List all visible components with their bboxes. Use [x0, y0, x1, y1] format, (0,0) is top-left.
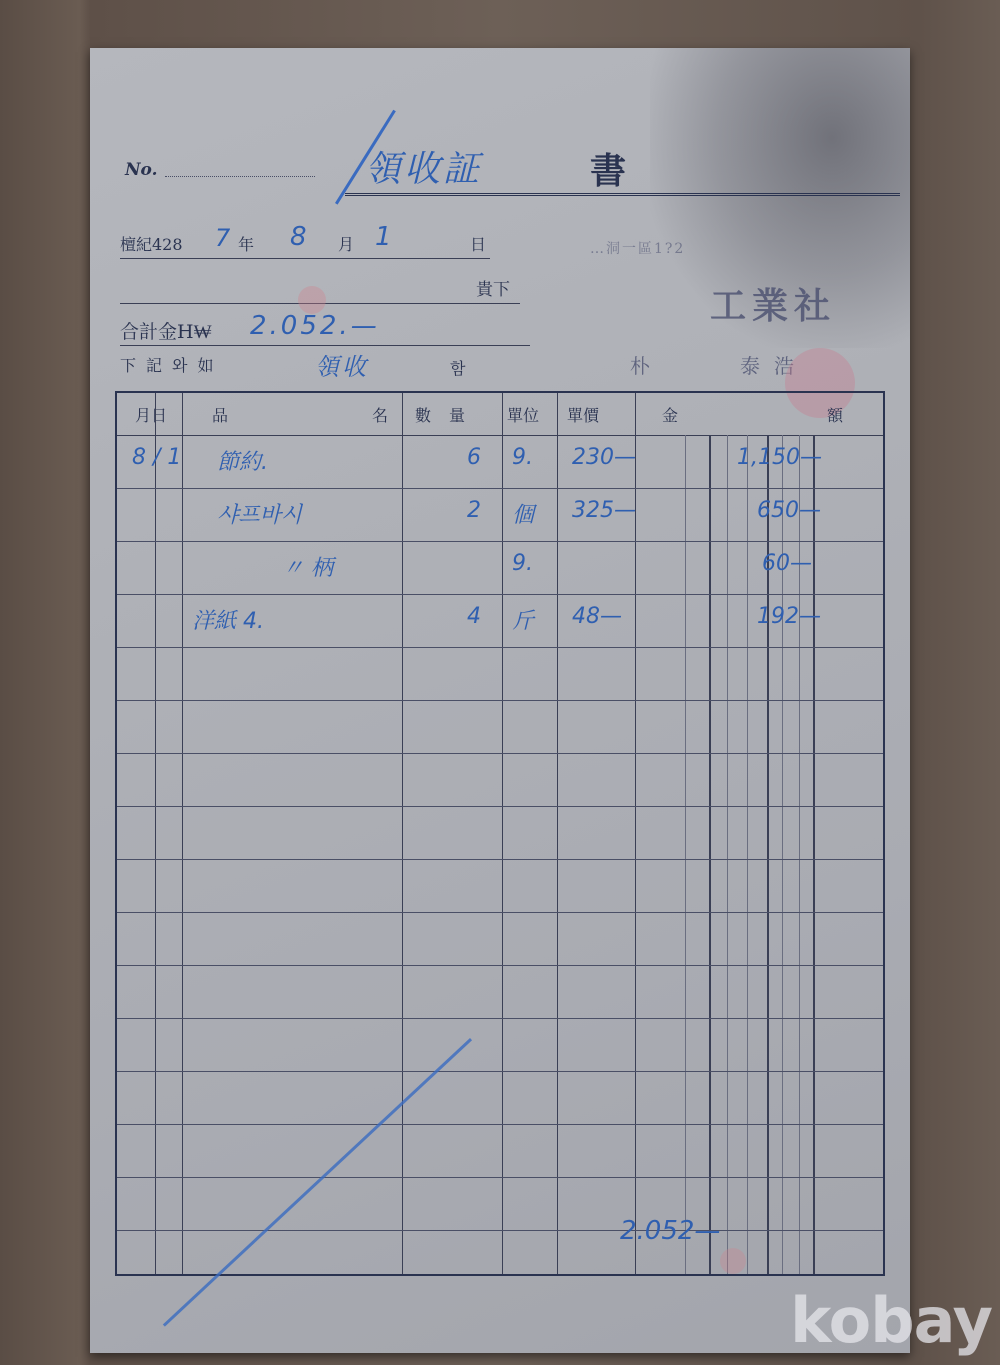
total-value: 2.052.— [250, 311, 380, 341]
col-divider [557, 393, 558, 1274]
row-4-quantity: 4 [467, 604, 481, 629]
document-title: 領收証 書 [335, 133, 655, 203]
col-divider [182, 393, 183, 1274]
row-1-amount: 1,150— [737, 445, 822, 470]
row-line [117, 1071, 883, 1072]
month-label: 月 [338, 232, 354, 255]
row-1-date: 8 / 1 [132, 445, 181, 470]
row-4-amount: 192— [757, 604, 821, 629]
row-line [117, 806, 883, 807]
row-line [117, 594, 883, 595]
col-divider [747, 435, 748, 1274]
row-2-unit-price: 325— [572, 498, 636, 523]
row-1-item: 節約. [217, 445, 268, 476]
row-2-amount: 650— [757, 498, 821, 523]
header-unit-price: 單價 [567, 403, 599, 426]
items-table: 月日 品 名 數量 單位 單價 金 額 [115, 391, 885, 1276]
col-divider [155, 393, 156, 1274]
row-3-item: 〃 柄 [282, 551, 333, 582]
col-divider [685, 435, 686, 1274]
row-line [117, 700, 883, 701]
red-seal-small [298, 286, 326, 314]
row-2-item: 샤프바시 [217, 498, 302, 529]
footer-total-handwritten: 2.052— [620, 1216, 720, 1246]
day-value: 1 [375, 222, 392, 252]
header-month-day: 月日 [135, 403, 167, 426]
header-name: 名 [372, 403, 388, 426]
col-divider [402, 393, 403, 1274]
row-line [117, 753, 883, 754]
row-3-amount: 60— [762, 551, 812, 576]
receipt-paper: No. 領收証 書 檀紀428 7 年 8 月 1 日 貴下 合計金H₩ 2.0… [90, 48, 910, 1353]
row-line [117, 541, 883, 542]
company-rep-surname: 朴 [630, 350, 690, 379]
col-divider [502, 393, 503, 1274]
receipt-prefix: 下記와如 [120, 356, 223, 375]
header-unit: 單位 [507, 403, 539, 426]
row-line [117, 647, 883, 648]
month-value: 8 [290, 222, 307, 252]
col-divider [709, 435, 711, 1274]
row-line [117, 859, 883, 860]
era-label: 檀紀428 [120, 232, 183, 255]
row-1-unit: 9. [512, 445, 533, 470]
row-line [117, 1124, 883, 1125]
header-item: 品 [212, 403, 228, 426]
year-value: 7 [215, 224, 230, 252]
total-label: 合計金H₩ [120, 317, 212, 344]
row-4-item: 洋紙 4. [192, 604, 264, 635]
receipt-suffix: 함 [450, 356, 465, 379]
row-2-unit: 個 [512, 498, 534, 529]
row-2-quantity: 2 [467, 498, 481, 523]
table-header: 月日 品 名 數量 單位 單價 金 額 [117, 393, 883, 436]
row-4-unit: 斤 [512, 604, 534, 635]
watermark-logo: kobay [790, 1284, 992, 1357]
number-label: No. [125, 160, 158, 180]
col-divider [635, 393, 636, 1274]
date-row: 檀紀428 7 年 8 月 1 日 [120, 228, 490, 259]
row-line [117, 488, 883, 489]
total-row: 合計金H₩ 2.052.— [120, 313, 530, 346]
row-1-unit-price: 230— [572, 445, 636, 470]
header-quantity: 數量 [415, 403, 483, 426]
honorific: 貴下 [476, 275, 510, 300]
number-line [165, 176, 315, 177]
row-line [117, 965, 883, 966]
company-address: …洞一區1?2 [590, 238, 685, 258]
title-underline [345, 193, 900, 196]
header-amount-left: 金 [662, 403, 678, 426]
row-line [117, 912, 883, 913]
row-1-quantity: 6 [467, 445, 481, 470]
day-label: 日 [470, 232, 486, 255]
row-line [117, 1018, 883, 1019]
company-name: 工業社 [710, 278, 836, 329]
receipt-handwritten: 領收 [315, 347, 369, 382]
row-line [117, 1177, 883, 1178]
row-4-unit-price: 48— [572, 604, 622, 629]
col-divider [813, 435, 815, 1274]
row-3-unit: 9. [512, 551, 533, 576]
receipt-statement: 下記와如 領收 함 [120, 353, 540, 383]
title-handwritten: 領收証 [365, 141, 482, 192]
title-printed: 書 [590, 143, 626, 194]
header-amount-right: 額 [827, 403, 843, 426]
year-label: 年 [238, 232, 254, 255]
row-line [117, 1230, 883, 1231]
red-seal-faint [720, 1248, 746, 1274]
col-divider [727, 435, 728, 1274]
